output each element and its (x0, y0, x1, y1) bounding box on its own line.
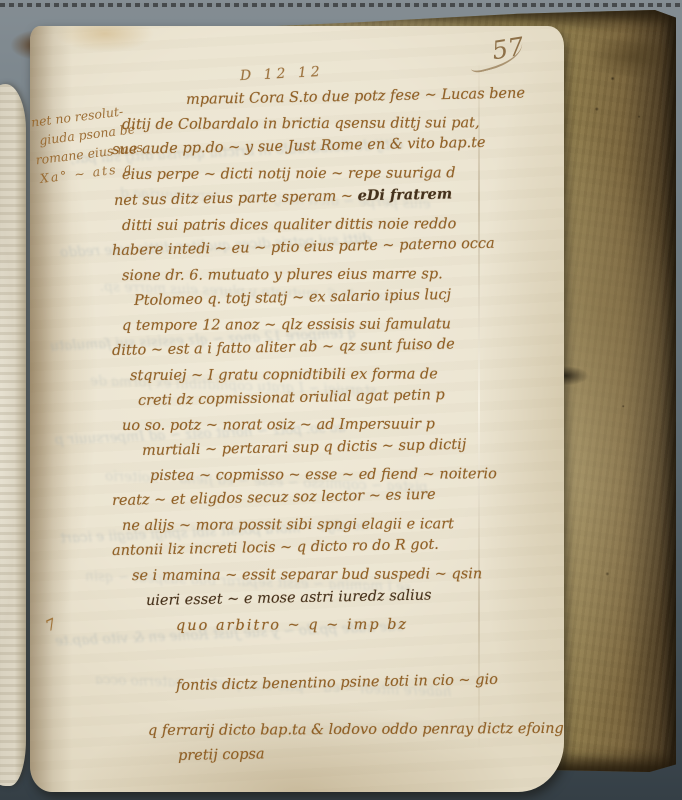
main-text-block: mparuit Cora S.to due potz fese ~ Lucas … (112, 88, 564, 639)
folio-number: 57 (490, 32, 526, 66)
text-line: quo arbitro ~ q ~ imp bz (176, 612, 564, 639)
closing-clauses: fontis dictz benentino psine toti in cio… (148, 674, 564, 769)
facing-page-stack-edge (0, 84, 26, 786)
text-line-part: net sus ditz eius parte speram ~ (114, 188, 358, 209)
text-line: mparuit Cora S.to due potz fese ~ Lucas … (186, 81, 564, 113)
closing-line: fontis dictz benentino psine toti in cio… (176, 666, 564, 699)
dark-ink-phrase: eDi fratrem (357, 186, 452, 205)
docket-heading: D 12 12 (240, 64, 324, 84)
manuscript-page: ditij de Colbardalo in brictia qsensu di… (30, 26, 564, 792)
binding-stitch-line (0, 3, 682, 7)
